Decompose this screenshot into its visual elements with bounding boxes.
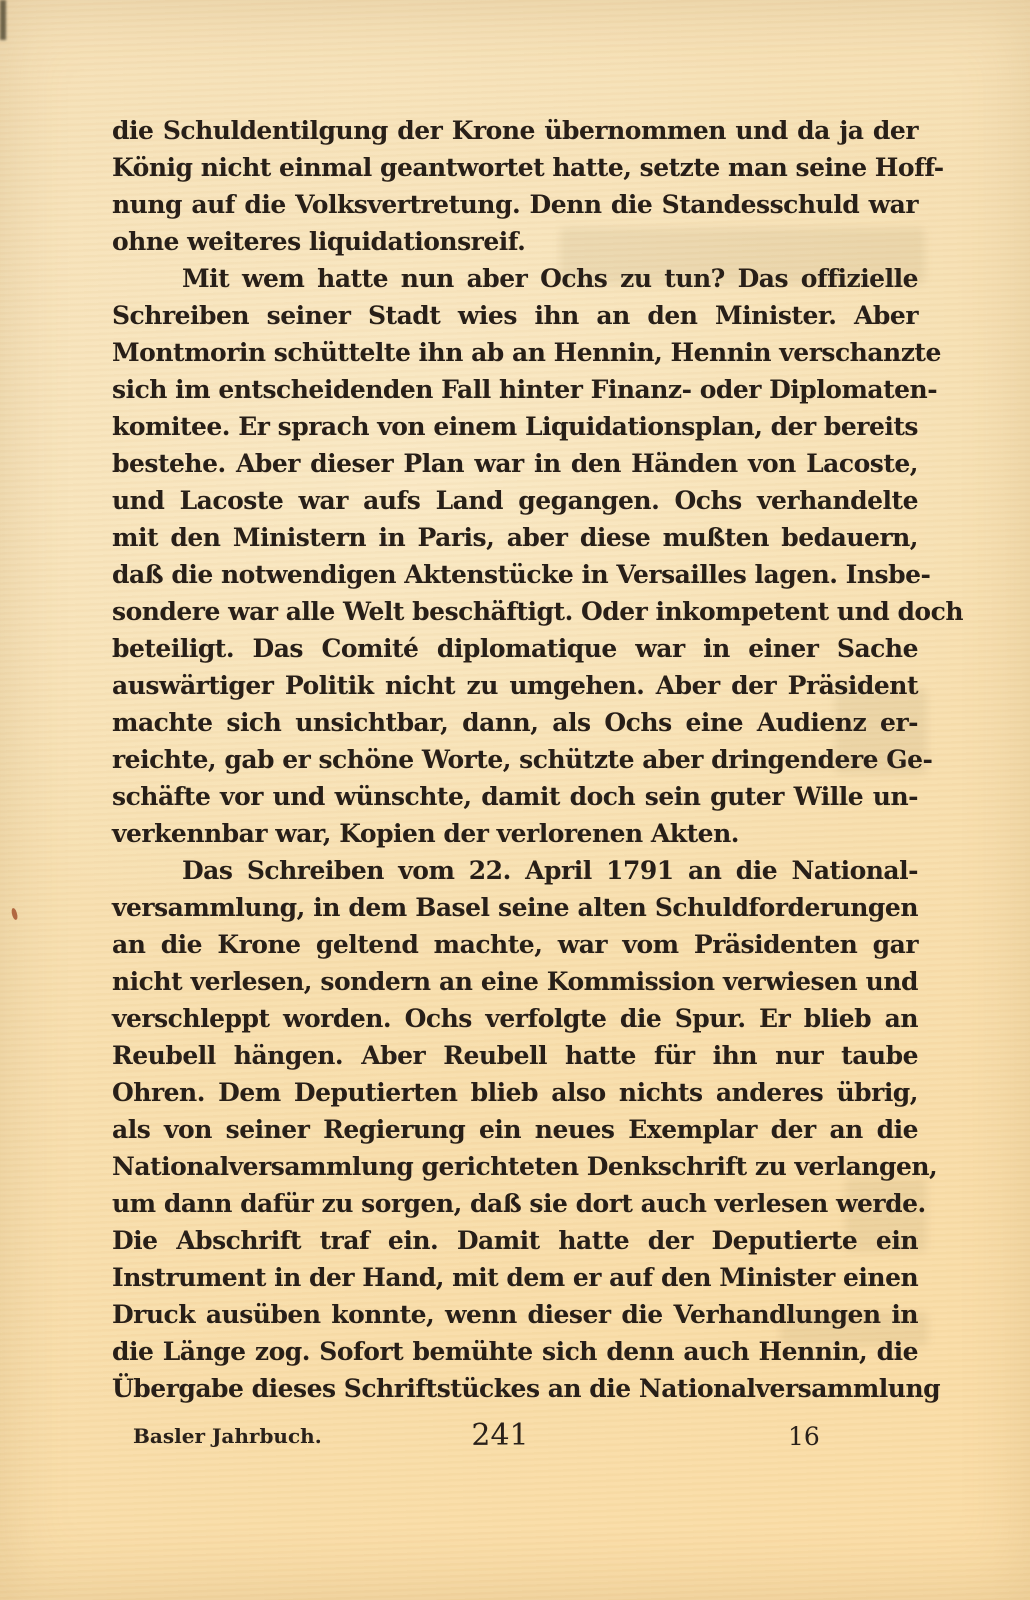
text-line: Schreiben seiner Stadt wies ihn an den M… — [112, 297, 918, 334]
text-line: an die Krone geltend machte, war vom Prä… — [112, 926, 918, 963]
text-line: als von seiner Regierung ein neues Exemp… — [112, 1111, 918, 1148]
text-block: die Schuldentilgung der Krone übernommen… — [112, 112, 918, 1407]
margin-ink-fleck — [10, 908, 18, 921]
text-line: und Lacoste war aufs Land gegangen. Ochs… — [112, 482, 918, 519]
text-line: Montmorin schüttelte ihn ab an Hennin, H… — [112, 334, 918, 371]
text-line: Druck ausüben konnte, wenn dieser die Ve… — [112, 1296, 918, 1333]
text-line: nung auf die Volksvertretung. Denn die S… — [112, 186, 918, 223]
text-line: die Schuldentilgung der Krone übernommen… — [112, 112, 918, 149]
text-line: daß die notwendigen Aktenstücke in Versa… — [112, 556, 918, 593]
text-line: Das Schreiben vom 22. April 1791 an die … — [112, 852, 918, 889]
running-title: Basler Jahrbuch. — [133, 1424, 322, 1448]
page-number: 241 — [440, 1418, 560, 1453]
text-line: reichte, gab er schöne Worte, schützte a… — [112, 741, 918, 778]
text-line: sondere war alle Welt beschäftigt. Oder … — [112, 593, 918, 630]
text-line: Instrument in der Hand, mit dem er auf d… — [112, 1259, 918, 1296]
text-line: beteiligt. Das Comité diplomatique war i… — [112, 630, 918, 667]
signature-number: 16 — [788, 1422, 820, 1451]
text-line: die Länge zog. Sofort bemühte sich denn … — [112, 1333, 918, 1370]
text-line: verschleppt worden. Ochs verfolgte die S… — [112, 1000, 918, 1037]
text-line: versammlung, in dem Basel seine alten Sc… — [112, 889, 918, 926]
text-line: bestehe. Aber dieser Plan war in den Hän… — [112, 445, 918, 482]
text-line: auswärtiger Politik nicht zu umgehen. Ab… — [112, 667, 918, 704]
text-line: schäfte vor und wünschte, damit doch sei… — [112, 778, 918, 815]
text-line: nicht verlesen, sondern an eine Kommissi… — [112, 963, 918, 1000]
text-line: Nationalversammlung gerichteten Denkschr… — [112, 1148, 918, 1185]
text-line: Mit wem hatte nun aber Ochs zu tun? Das … — [112, 260, 918, 297]
text-line: mit den Ministern in Paris, aber diese m… — [112, 519, 918, 556]
text-line: ohne weiteres liquidationsreif. — [112, 223, 918, 260]
text-line: um dann dafür zu sorgen, daß sie dort au… — [112, 1185, 918, 1222]
text-line: König nicht einmal geantwortet hatte, se… — [112, 149, 918, 186]
book-page: die Schuldentilgung der Krone übernommen… — [0, 0, 1030, 1600]
text-line: machte sich unsichtbar, dann, als Ochs e… — [112, 704, 918, 741]
text-line: sich im entscheidenden Fall hinter Finan… — [112, 371, 918, 408]
text-line: Die Abschrift traf ein. Damit hatte der … — [112, 1222, 918, 1259]
text-line: Ohren. Dem Deputierten blieb also nichts… — [112, 1074, 918, 1111]
text-line: Reubell hängen. Aber Reubell hatte für i… — [112, 1037, 918, 1074]
text-line: Übergabe dieses Schriftstückes an die Na… — [112, 1370, 918, 1407]
text-line: verkennbar war, Kopien der verlorenen Ak… — [112, 815, 918, 852]
text-line: komitee. Er sprach von einem Liquidation… — [112, 408, 918, 445]
scan-edge-artifact — [0, 0, 6, 40]
